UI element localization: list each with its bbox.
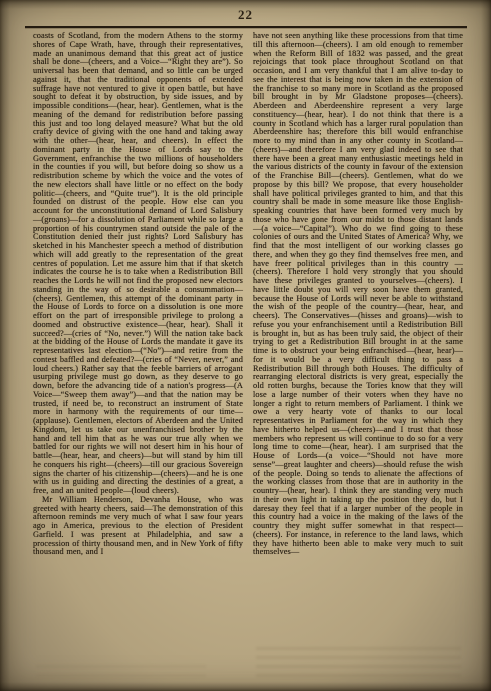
paragraph: Mr William Henderson, Devanha House, who… bbox=[33, 496, 243, 557]
document-page: 22 coasts of Scotland, from the modern A… bbox=[0, 0, 491, 691]
text-block: coasts of Scotland, from the modern Athe… bbox=[33, 32, 463, 675]
paragraph: have not seen anything like these proces… bbox=[253, 32, 463, 557]
header-rule bbox=[25, 26, 467, 28]
paragraph: coasts of Scotland, from the modern Athe… bbox=[33, 32, 243, 496]
right-column: have not seen anything like these proces… bbox=[253, 32, 463, 675]
left-column: coasts of Scotland, from the modern Athe… bbox=[33, 32, 243, 675]
page-number: 22 bbox=[0, 7, 491, 23]
